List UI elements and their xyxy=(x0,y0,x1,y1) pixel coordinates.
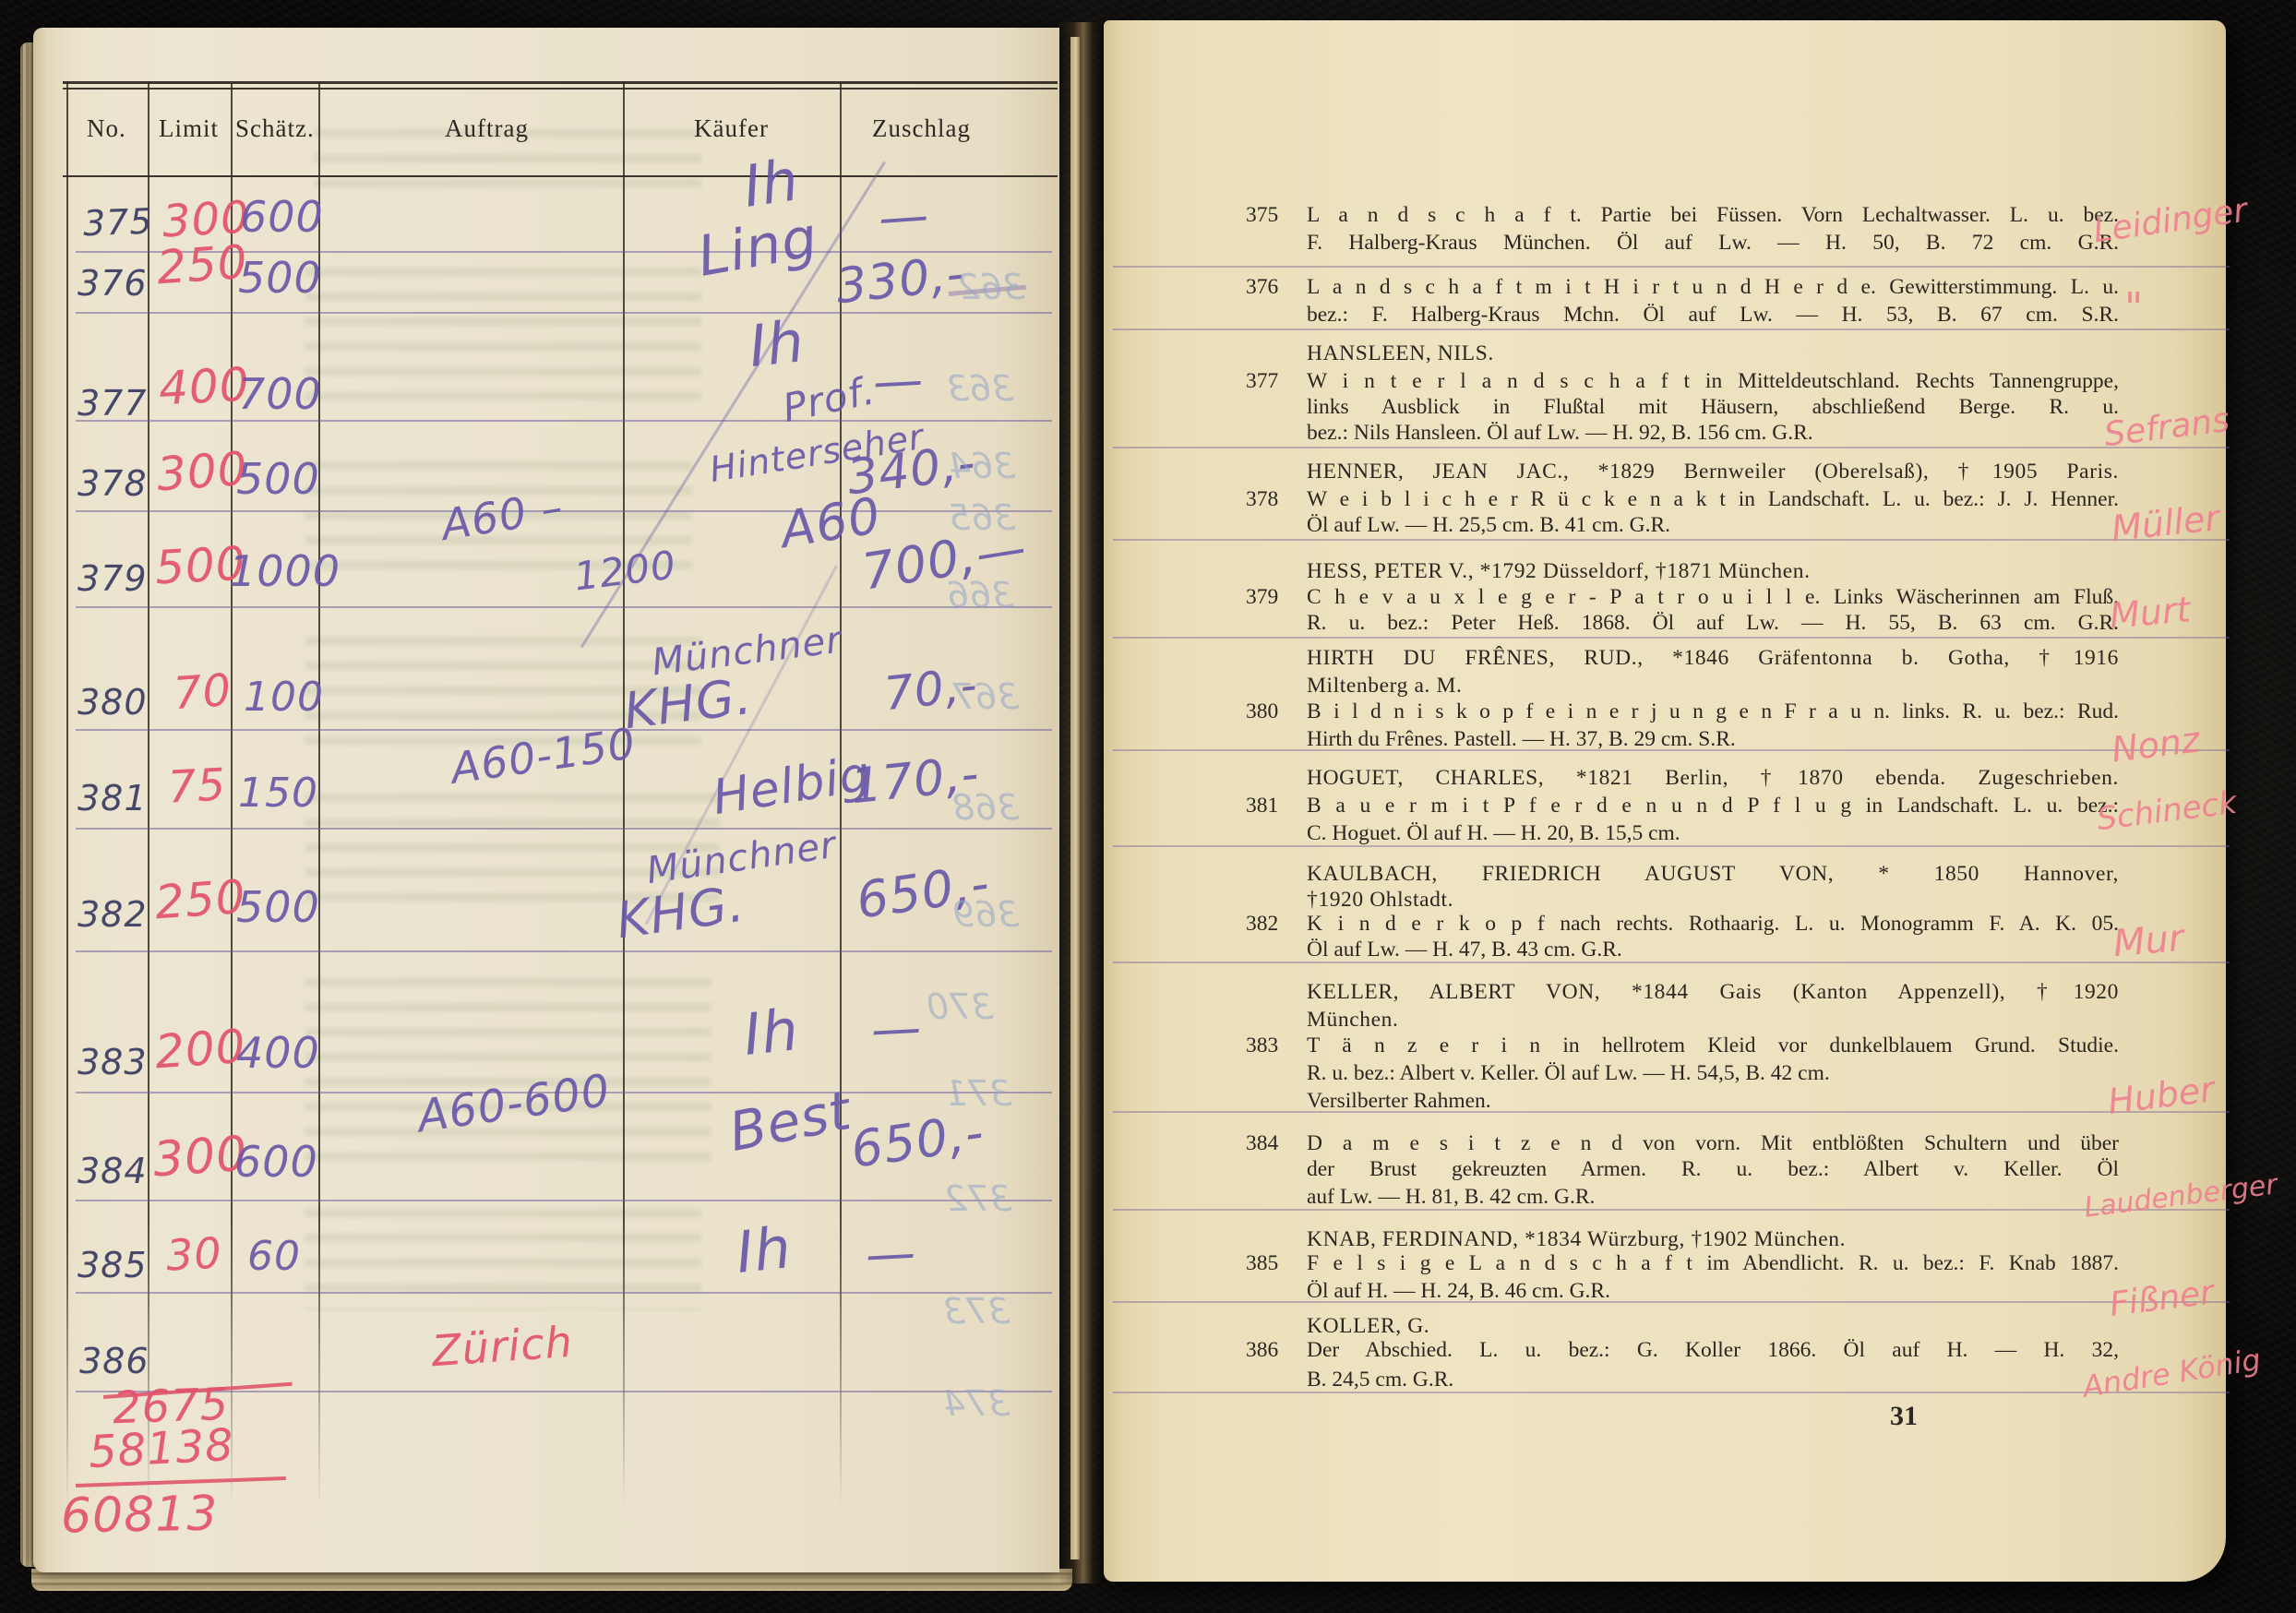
ghost-number: 362 xyxy=(958,269,1025,305)
ghost-number: 370 xyxy=(927,989,994,1024)
ghost-number: 365 xyxy=(949,500,1016,535)
artist-name: KAULBACH, FRIEDRICH AUGUST VON, * 1850 H… xyxy=(1307,862,2119,887)
row-375-zuschlag: — xyxy=(877,190,931,244)
lot-number: 378 xyxy=(1246,487,1278,512)
row-386-no: 386 xyxy=(79,1344,149,1379)
lot-text: B. 24,5 cm. G.R. xyxy=(1307,1368,2119,1392)
auction-ledger-book-scan: No. Limit Schätz. Auftrag Käufer Zuschla… xyxy=(0,0,2296,1613)
col-header-kaeufer: Käufer xyxy=(694,114,769,143)
row-385-no: 385 xyxy=(78,1248,148,1283)
lot-text: W i n t e r l a n d s c h a f t in Mitte… xyxy=(1307,369,2119,394)
row-385-limit: 30 xyxy=(165,1231,223,1276)
entry-line xyxy=(1113,266,2230,268)
artist-name: HESS, PETER V., *1792 Düsseldorf, †1871 … xyxy=(1307,559,2119,584)
print-bleed xyxy=(305,978,711,1163)
row-line xyxy=(76,606,1052,608)
row-376-no: 376 xyxy=(78,266,148,301)
row-380-no: 380 xyxy=(78,685,148,720)
row-383-no: 383 xyxy=(78,1045,148,1080)
row-379-no: 379 xyxy=(78,561,148,596)
lot-number: 377 xyxy=(1246,369,1278,394)
lot-number: 380 xyxy=(1246,699,1278,724)
lot-text: W e i b l i c h e r R ü c k e n a k t in… xyxy=(1307,487,2119,512)
lot-number: 382 xyxy=(1246,912,1278,937)
ghost-number: 367 xyxy=(952,679,1020,714)
ghost-number: 368 xyxy=(952,790,1020,825)
row-381-schaetz: 150 xyxy=(238,773,318,814)
ghost-number: 363 xyxy=(947,371,1014,406)
row-375-kaeufer: Ih xyxy=(740,151,803,216)
lot-text: Der Abschied. L. u. bez.: G. Koller 1866… xyxy=(1307,1338,2119,1363)
artist-name: HIRTH DU FRÊNES, RUD., *1846 Gräfentonna… xyxy=(1307,646,2119,671)
row-375-schaetz: 600 xyxy=(240,196,324,238)
row-382-no: 382 xyxy=(78,897,148,932)
row-377-limit: 400 xyxy=(158,361,251,412)
entry-line xyxy=(1113,329,2230,330)
row-376-limit: 250 xyxy=(155,239,249,292)
lot-text: D a m e s i t z e n d von vorn. Mit entb… xyxy=(1307,1131,2119,1156)
ghost-number: 371 xyxy=(945,1076,1012,1111)
row-378-no: 378 xyxy=(78,466,148,501)
row-384-schaetz: 600 xyxy=(234,1141,318,1183)
lot-text: R. u. bez.: Albert v. Keller. Öl auf Lw.… xyxy=(1307,1061,2119,1086)
row-385-kaeufer: Ih xyxy=(734,1219,795,1282)
row-375-no: 375 xyxy=(82,204,153,242)
row-376-schaetz: 500 xyxy=(238,257,322,299)
lot-number: 376 xyxy=(1246,275,1278,300)
margin-annotation-ditto: " xyxy=(2124,288,2143,329)
ghost-number: 374 xyxy=(943,1386,1010,1421)
row-377-kaeufer: Ih xyxy=(747,313,807,376)
lot-text: Öl auf H. — H. 24, B. 46 cm. G.R. xyxy=(1307,1279,2119,1304)
row-386-auftrag: Zürich xyxy=(431,1320,575,1373)
lot-text: L a n d s c h a f t m i t H i r t u n d … xyxy=(1307,275,2119,300)
entry-line xyxy=(1113,637,2230,639)
col-header-auftrag: Auftrag xyxy=(445,114,529,143)
lot-text: B a u e r m i t P f e r d e n u n d P f … xyxy=(1307,794,2119,818)
artist-name: Miltenberg a. M. xyxy=(1307,674,2119,699)
row-377-no: 377 xyxy=(78,386,148,421)
table-top-rule-2 xyxy=(63,88,1058,90)
ghost-number: 364 xyxy=(949,448,1016,484)
lot-text: F e l s i g e L a n d s c h a f t im Abe… xyxy=(1307,1251,2119,1276)
artist-name: KNAB, FERDINAND, *1834 Würzburg, †1902 M… xyxy=(1307,1227,2119,1252)
lot-text: C h e v a u x l e g e r - P a t r o u i … xyxy=(1307,585,2119,610)
lot-number: 384 xyxy=(1246,1131,1278,1156)
header-underline xyxy=(63,175,1058,177)
print-bleed xyxy=(305,268,701,415)
lot-text: B i l d n i s k o p f e i n e r j u n g … xyxy=(1307,699,2119,724)
row-378-limit: 300 xyxy=(155,446,249,498)
entry-line xyxy=(1113,447,2230,448)
row-383-schaetz: 400 xyxy=(236,1032,320,1074)
artist-name: KOLLER, G. xyxy=(1307,1314,2119,1339)
row-381-limit: 75 xyxy=(167,762,228,809)
lot-text: C. Hoguet. Öl auf H. — H. 20, B. 15,5 cm… xyxy=(1307,821,2119,846)
artist-name: KELLER, ALBERT VON, *1844 Gais (Kanton A… xyxy=(1307,980,2119,1005)
artist-name: HOGUET, CHARLES, *1821 Berlin, †1870 ebe… xyxy=(1307,766,2119,791)
row-382-limit: 250 xyxy=(153,874,247,926)
margin-annotation: Murt xyxy=(2109,591,2192,633)
margin-annotation: Müller xyxy=(2110,500,2220,546)
total-sum: 60813 xyxy=(61,1490,219,1541)
row-385-schaetz: 60 xyxy=(247,1237,301,1277)
lot-text: R. u. bez.: Peter Heß. 1868. Öl auf Lw. … xyxy=(1307,611,2119,636)
row-378-schaetz: 500 xyxy=(236,458,320,500)
page-number: 31 xyxy=(1890,1401,1918,1432)
ghost-number: 366 xyxy=(947,578,1014,613)
row-line xyxy=(76,1292,1052,1294)
row-line xyxy=(76,828,1052,830)
row-383-kaeufer: Ih xyxy=(741,1001,802,1064)
row-383-limit: 200 xyxy=(153,1023,247,1076)
lot-text: Hirth du Frênes. Pastell. — H. 37, B. 29… xyxy=(1307,727,2119,752)
lot-text: K i n d e r k o p f nach rechts. Rothaar… xyxy=(1307,912,2119,937)
lot-text: der Brust gekreuzten Armen. R. u. bez.: … xyxy=(1307,1157,2119,1182)
row-380-schaetz: 100 xyxy=(244,677,324,718)
lot-text: Öl auf Lw. — H. 47, B. 43 cm. G.R. xyxy=(1307,938,2119,962)
artist-name: †1920 Ohlstadt. xyxy=(1307,888,2119,913)
lot-number: 385 xyxy=(1246,1251,1278,1276)
row-380-kaeufer-line2: KHG. xyxy=(621,672,755,737)
row-381-no: 381 xyxy=(78,781,148,816)
row-382-schaetz: 500 xyxy=(236,886,320,928)
row-383-zuschlag: — xyxy=(870,1003,924,1056)
print-bleed xyxy=(305,1209,701,1310)
lot-text: Versilberter Rahmen. xyxy=(1307,1089,2119,1114)
ghost-number: 369 xyxy=(952,897,1020,932)
artist-name: HANSLEEN, NILS. xyxy=(1307,341,2119,366)
lot-number: 381 xyxy=(1246,794,1278,818)
lot-text: bez.: Nils Hansleen. Öl auf Lw. — H. 92,… xyxy=(1307,421,2119,446)
row-377-schaetz: 700 xyxy=(238,373,322,415)
lot-text: F. Halberg-Kraus München. Öl auf Lw. — H… xyxy=(1307,231,2119,256)
col-header-schaetz: Schätz. xyxy=(235,114,315,143)
row-376-zuschlag: 330,- xyxy=(834,250,967,311)
entry-line xyxy=(1113,539,2230,541)
row-385-zuschlag: — xyxy=(865,1228,918,1281)
total-carry: 58138 xyxy=(88,1423,235,1475)
lot-number: 379 xyxy=(1246,585,1278,610)
table-top-rule xyxy=(63,81,1058,84)
artist-name: München. xyxy=(1307,1008,2119,1033)
row-379-schaetz: 1000 xyxy=(229,550,341,592)
lot-number: 383 xyxy=(1246,1034,1278,1058)
page-stub xyxy=(1070,37,1080,1559)
col-header-no: No. xyxy=(87,114,126,143)
lot-text: auf Lw. — H. 81, B. 42 cm. G.R. xyxy=(1307,1185,2119,1210)
lot-text: Öl auf Lw. — H. 25,5 cm. B. 41 cm. G.R. xyxy=(1307,513,2119,538)
artist-name: HENNER, JEAN JAC., *1829 Bernweiler (Obe… xyxy=(1307,460,2119,484)
ghost-number: 372 xyxy=(945,1181,1012,1216)
margin-annotation: Nonz xyxy=(2110,722,2202,767)
row-377-zuschlag: — xyxy=(872,355,926,408)
row-384-no: 384 xyxy=(78,1153,148,1189)
lot-text: bez.: F. Halberg-Kraus Mchn. Öl auf Lw. … xyxy=(1307,303,2119,328)
row-line xyxy=(76,950,1052,952)
row-line xyxy=(76,312,1052,314)
lot-number: 375 xyxy=(1246,203,1278,228)
row-380-limit: 70 xyxy=(172,668,233,716)
column-line xyxy=(66,81,68,1507)
book-gutter xyxy=(1059,22,1106,1583)
ghost-number: 373 xyxy=(943,1294,1010,1329)
col-header-limit: Limit xyxy=(159,114,219,143)
margin-annotation: Mur xyxy=(2111,920,2185,962)
lot-text: T ä n z e r i n in hellrotem Kleid vor d… xyxy=(1307,1034,2119,1058)
lot-number: 386 xyxy=(1246,1338,1278,1363)
col-header-zuschlag: Zuschlag xyxy=(872,114,971,143)
lot-text: L a n d s c h a f t. Partie bei Füssen. … xyxy=(1307,203,2119,228)
row-line xyxy=(76,1200,1052,1201)
lot-text: links Ausblick in Flußtal mit Häusern, a… xyxy=(1307,395,2119,420)
